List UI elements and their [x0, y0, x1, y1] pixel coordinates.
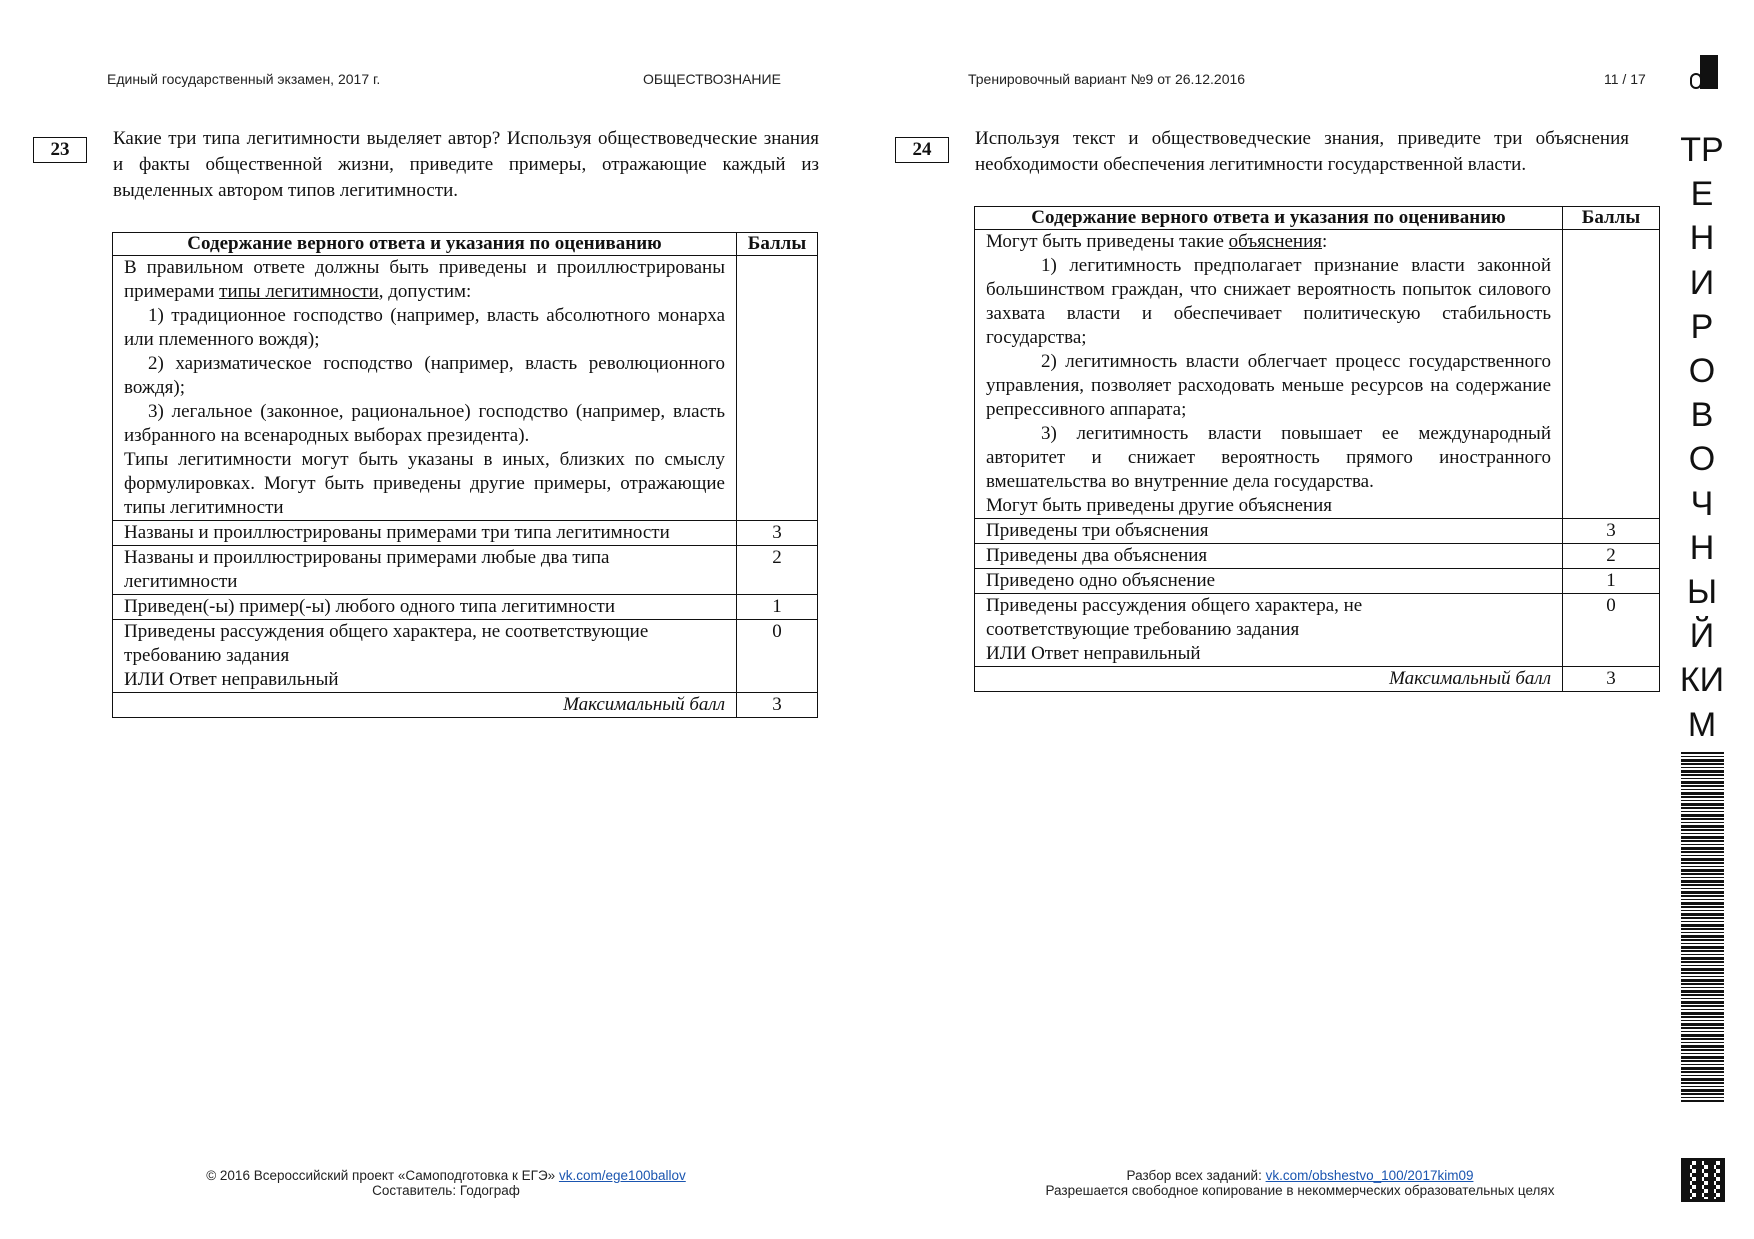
footer-link-ege100ballov[interactable]: vk.com/ege100ballov: [559, 1168, 686, 1183]
vertical-watermark-letter: М: [1672, 703, 1732, 747]
vertical-watermark-letter: О: [1672, 349, 1732, 393]
criteria-row: Приведены три объяснения 3: [975, 519, 1660, 544]
vertical-watermark-letter: Е: [1672, 172, 1732, 216]
task-24-number: 24: [895, 137, 949, 163]
barcode-icon: [1681, 752, 1724, 1102]
answer-item: 3) легальное (законное, рациональное) го…: [124, 400, 725, 448]
criteria-row: Названы и проиллюстрированы примерами тр…: [113, 521, 818, 546]
answer-item: 3) легитимность власти повышает ее между…: [986, 422, 1551, 494]
vertical-watermark-letter: Н: [1672, 526, 1732, 570]
criteria-row: Приведено одно объяснение 1: [975, 569, 1660, 594]
task-24-question: Используя текст и обществоведческие знан…: [975, 126, 1629, 178]
vertical-watermark-letter: КИ: [1672, 658, 1732, 702]
answer-note: Типы легитимности могут быть указаны в и…: [124, 448, 725, 520]
vertical-watermark-letter: Й: [1672, 614, 1732, 658]
column-header-content: Содержание верного ответа и указания по …: [113, 233, 737, 256]
criteria-row: Приведен(-ы) пример(-ы) любого одного ти…: [113, 595, 818, 620]
column-header-score: Баллы: [737, 233, 818, 256]
column-header-content: Содержание верного ответа и указания по …: [975, 207, 1563, 230]
header-subject: ОБЩЕСТВОЗНАНИЕ: [643, 71, 781, 87]
answer-item: 1) легитимность предполагает признание в…: [986, 254, 1551, 350]
answer-note: Могут быть приведены другие объяснения: [986, 494, 1551, 518]
vertical-watermark-letter: О: [1672, 437, 1732, 481]
task-24-scoring-table: Содержание верного ответа и указания по …: [974, 206, 1660, 692]
max-score-row: Максимальный балл 3: [975, 667, 1660, 692]
page-number: 11 / 17: [1604, 71, 1646, 87]
footer-right: Разбор всех заданий: vk.com/obshestvo_10…: [1010, 1168, 1590, 1198]
vertical-watermark-letter: В: [1672, 393, 1732, 437]
task-23-number: 23: [33, 137, 87, 163]
criteria-row: Приведены рассуждения общего характера, …: [113, 620, 818, 693]
answer-intro: Могут быть приведены такие объяснения:: [986, 230, 1551, 254]
criteria-row: Приведены два объяснения 2: [975, 544, 1660, 569]
vertical-watermark-letter: Ы: [1672, 570, 1732, 614]
vertical-watermark-letter: ТР: [1672, 128, 1732, 172]
footer-left: © 2016 Всероссийский проект «Самоподгото…: [186, 1168, 706, 1198]
task-23-scoring-table: Содержание верного ответа и указания по …: [112, 232, 818, 718]
vertical-watermark-letter: Ч: [1672, 482, 1732, 526]
header-exam-title: Единый государственный экзамен, 2017 г.: [107, 71, 380, 87]
answer-item: 1) традиционное господство (например, вл…: [124, 304, 725, 352]
criteria-row: Приведены рассуждения общего характера, …: [975, 594, 1660, 667]
answer-content-row: Могут быть приведены такие объяснения: 1…: [975, 230, 1660, 519]
column-header-score: Баллы: [1563, 207, 1660, 230]
answer-item: 2) харизматическое господство (например,…: [124, 352, 725, 400]
qr-code-icon: [1681, 1158, 1725, 1202]
vertical-watermark-letter: И: [1672, 261, 1732, 305]
answer-intro: В правильном ответе должны быть приведен…: [124, 256, 725, 304]
max-score-row: Максимальный балл 3: [113, 693, 818, 718]
vertical-watermark: ТРЕНИРОВОЧНЫЙКИМ: [1672, 128, 1732, 747]
criteria-row: Названы и проиллюстрированы примерами лю…: [113, 546, 818, 595]
answer-item: 2) легитимность власти облегчает процесс…: [986, 350, 1551, 422]
answer-content-row: В правильном ответе должны быть приведен…: [113, 256, 818, 521]
vertical-watermark-letter: Н: [1672, 216, 1732, 260]
corner-marker-icon: [1690, 55, 1718, 89]
vertical-watermark-letter: Р: [1672, 305, 1732, 349]
task-23-question: Какие три типа легитимности выделяет авт…: [113, 126, 819, 204]
footer-link-obshestvo[interactable]: vk.com/obshestvo_100/2017kim09: [1266, 1168, 1474, 1183]
header-variant: Тренировочный вариант №9 от 26.12.2016: [968, 71, 1245, 87]
